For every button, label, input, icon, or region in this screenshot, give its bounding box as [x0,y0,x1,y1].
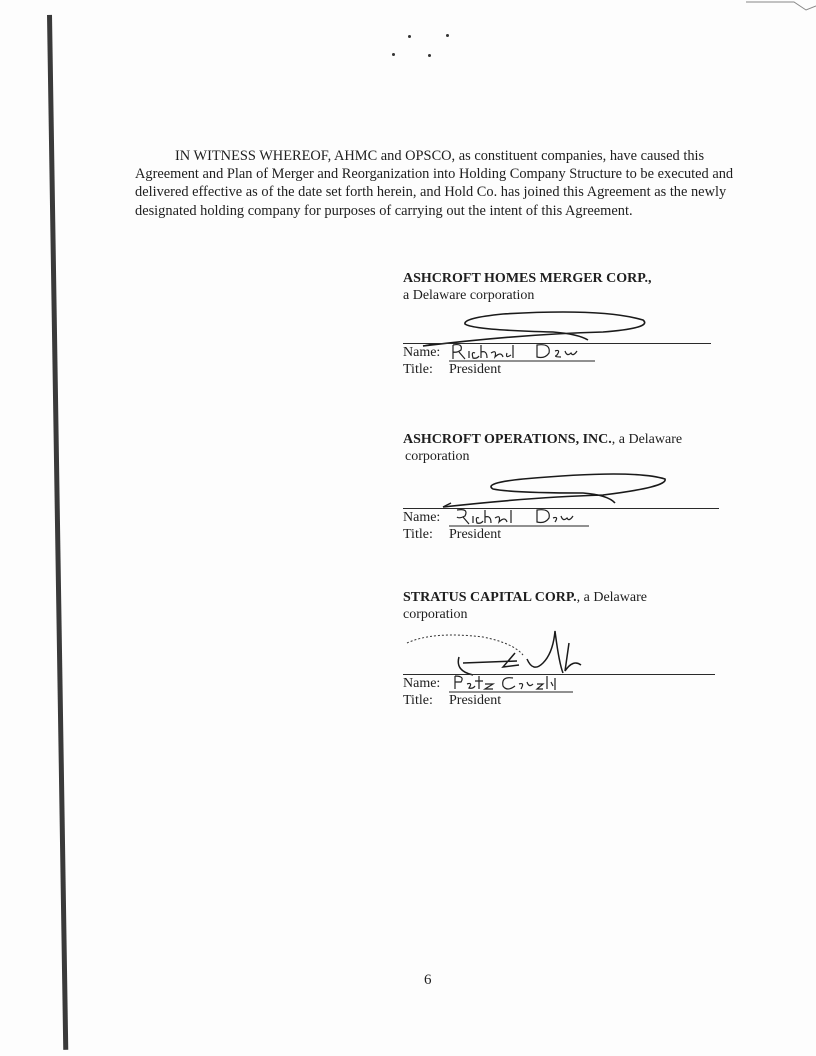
company-name: ASHCROFT HOMES MERGER CORP., [403,270,723,287]
corner-fold-mark [746,0,816,20]
witness-paragraph: IN WITNESS WHEREOF, AHMC and OPSCO, as c… [135,147,735,220]
company-name: ASHCROFT OPERATIONS, INC., a Delaware [403,431,723,448]
signature-area [403,304,723,344]
signature-block-ashcroft-operations: ASHCROFT OPERATIONS, INC., a Delaware co… [403,431,723,543]
handwritten-name-richard-icon [449,506,609,528]
title-row: Title:President [403,692,723,709]
jurisdiction: corporation [403,448,723,465]
binding-edge-bar [47,15,68,1050]
jurisdiction: a Delaware corporation [403,287,723,304]
signature-block-stratus-capital: STRATUS CAPITAL CORP., a Delaware corpor… [403,589,723,709]
title-value: President [449,362,501,377]
company-name: STRATUS CAPITAL CORP., a Delaware [403,589,723,606]
name-row: Name: [403,675,723,692]
name-row: Name: [403,344,723,361]
handwritten-name-richard-icon [449,341,609,363]
signature-area [403,623,723,675]
page-number: 6 [424,972,432,989]
title-row: Title:President [403,526,723,543]
signature-block-ashcroft-homes: ASHCROFT HOMES MERGER CORP., a Delaware … [403,270,723,378]
title-row: Title:President [403,361,723,378]
title-value: President [449,527,501,542]
name-row: Name: [403,509,723,526]
handwritten-name-pete-icon [449,672,609,694]
signature-area [403,465,723,509]
jurisdiction: corporation [403,606,723,623]
title-value: President [449,693,501,708]
scan-specks [380,25,460,65]
